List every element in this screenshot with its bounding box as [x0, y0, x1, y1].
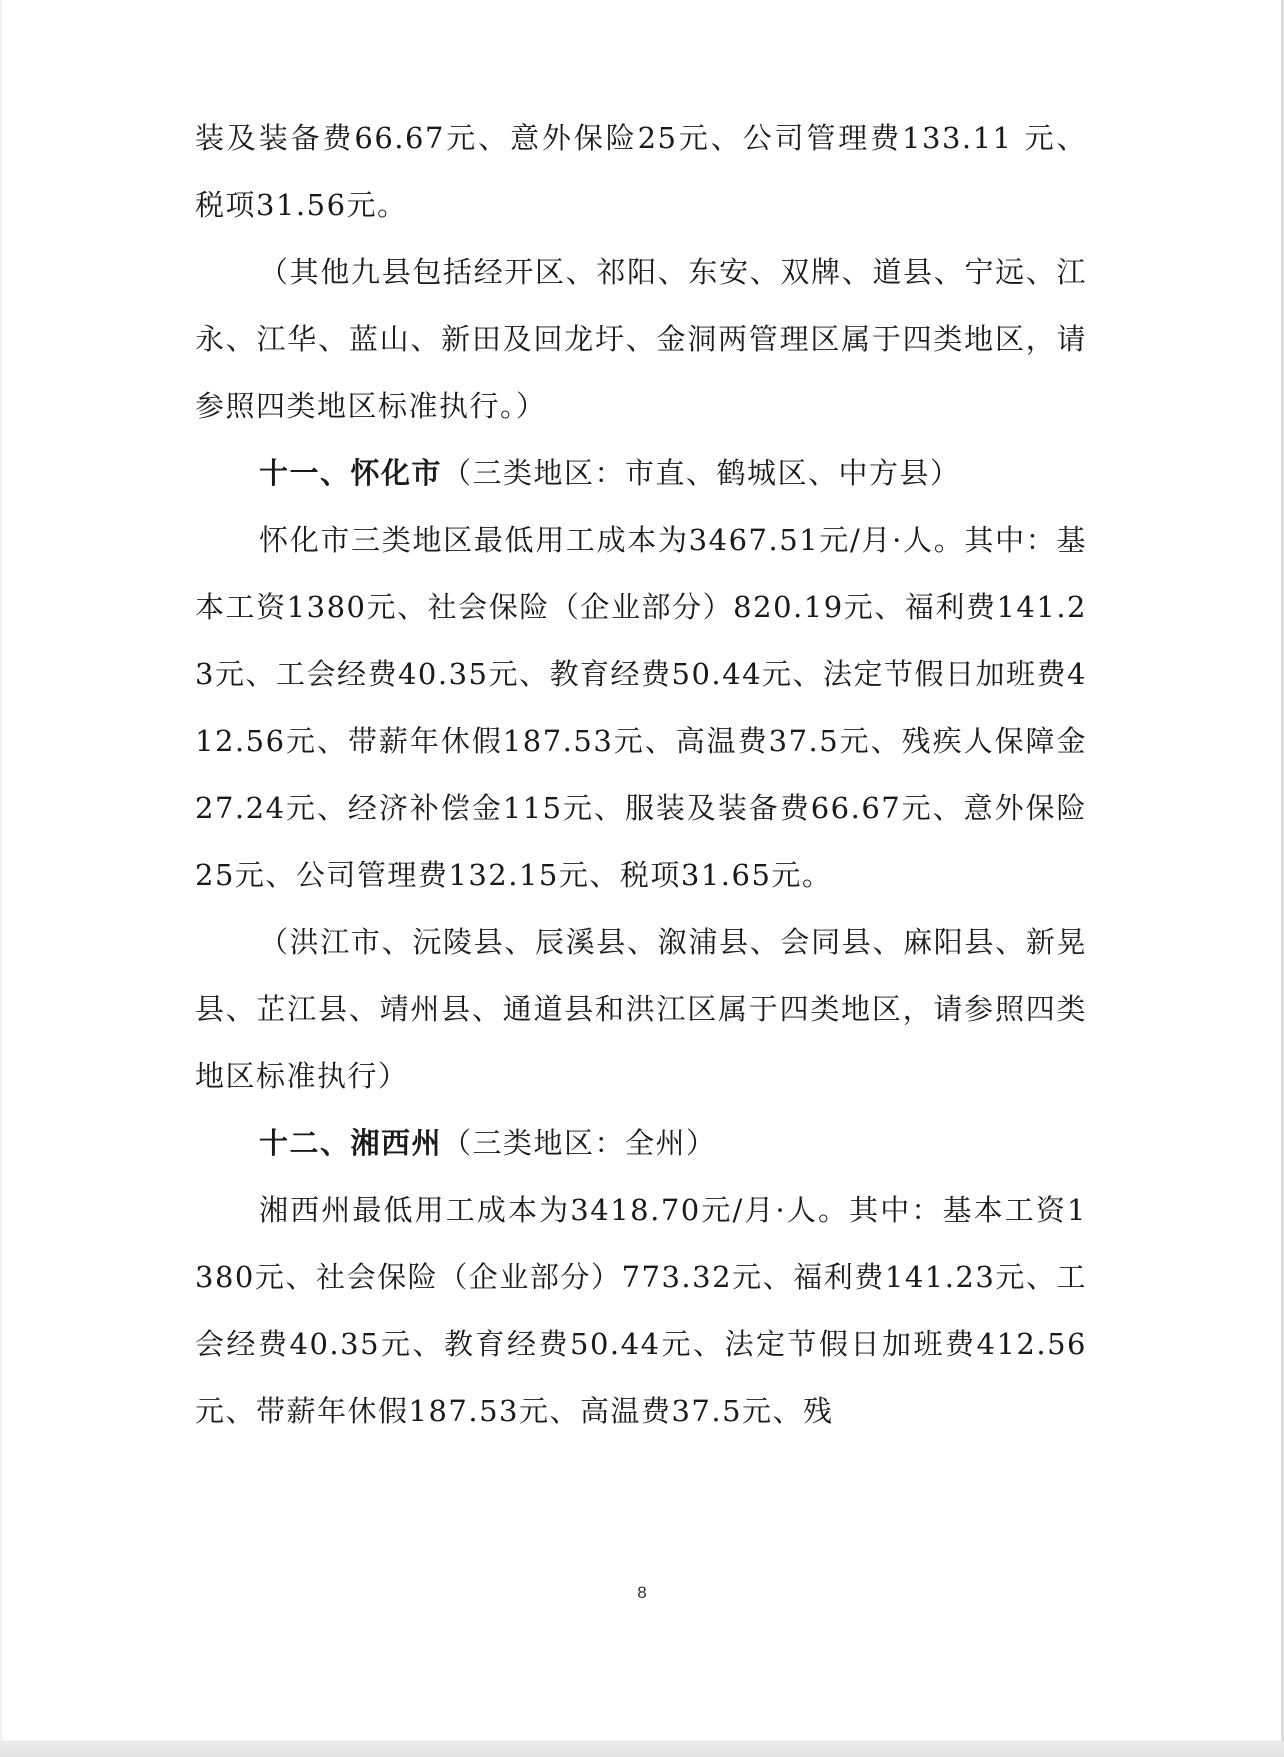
page-number: 8	[0, 1583, 1284, 1603]
paragraph-note-huaihua-counties: （洪江市、沅陵县、辰溪县、溆浦县、会同县、麻阳县、新晃县、芷江县、靖州县、通道县…	[195, 909, 1087, 1110]
section-title-xiangxi: 十二、湘西州	[259, 1126, 442, 1160]
paragraph-continuation: 装及装备费66.67元、意外保险25元、公司管理费133.11 元、税项31.5…	[195, 105, 1087, 239]
section-title-huaihua: 十一、怀化市	[259, 456, 442, 490]
document-page: 装及装备费66.67元、意外保险25元、公司管理费133.11 元、税项31.5…	[0, 0, 1282, 1742]
paragraph-huaihua-cost: 怀化市三类地区最低用工成本为3467.51元/月·人。其中：基本工资1380元、…	[195, 507, 1087, 909]
page-left-edge	[0, 0, 2, 1742]
section-subtitle-huaihua: （三类地区：市直、鹤城区、中方县）	[442, 456, 961, 490]
paragraph-xiangxi-cost: 湘西州最低用工成本为3418.70元/月·人。其中：基本工资1380元、社会保险…	[195, 1177, 1087, 1445]
page-content: 装及装备费66.67元、意外保险25元、公司管理费133.11 元、税项31.5…	[195, 105, 1087, 1445]
section-heading-huaihua: 十一、怀化市（三类地区：市直、鹤城区、中方县）	[195, 440, 1087, 507]
section-subtitle-xiangxi: （三类地区：全州）	[442, 1126, 717, 1160]
paragraph-note-other-counties: （其他九县包括经开区、祁阳、东安、双牌、道县、宁远、江永、江华、蓝山、新田及回龙…	[195, 239, 1087, 440]
section-heading-xiangxi: 十二、湘西州（三类地区：全州）	[195, 1110, 1087, 1177]
page-bottom-edge	[0, 1741, 1284, 1757]
